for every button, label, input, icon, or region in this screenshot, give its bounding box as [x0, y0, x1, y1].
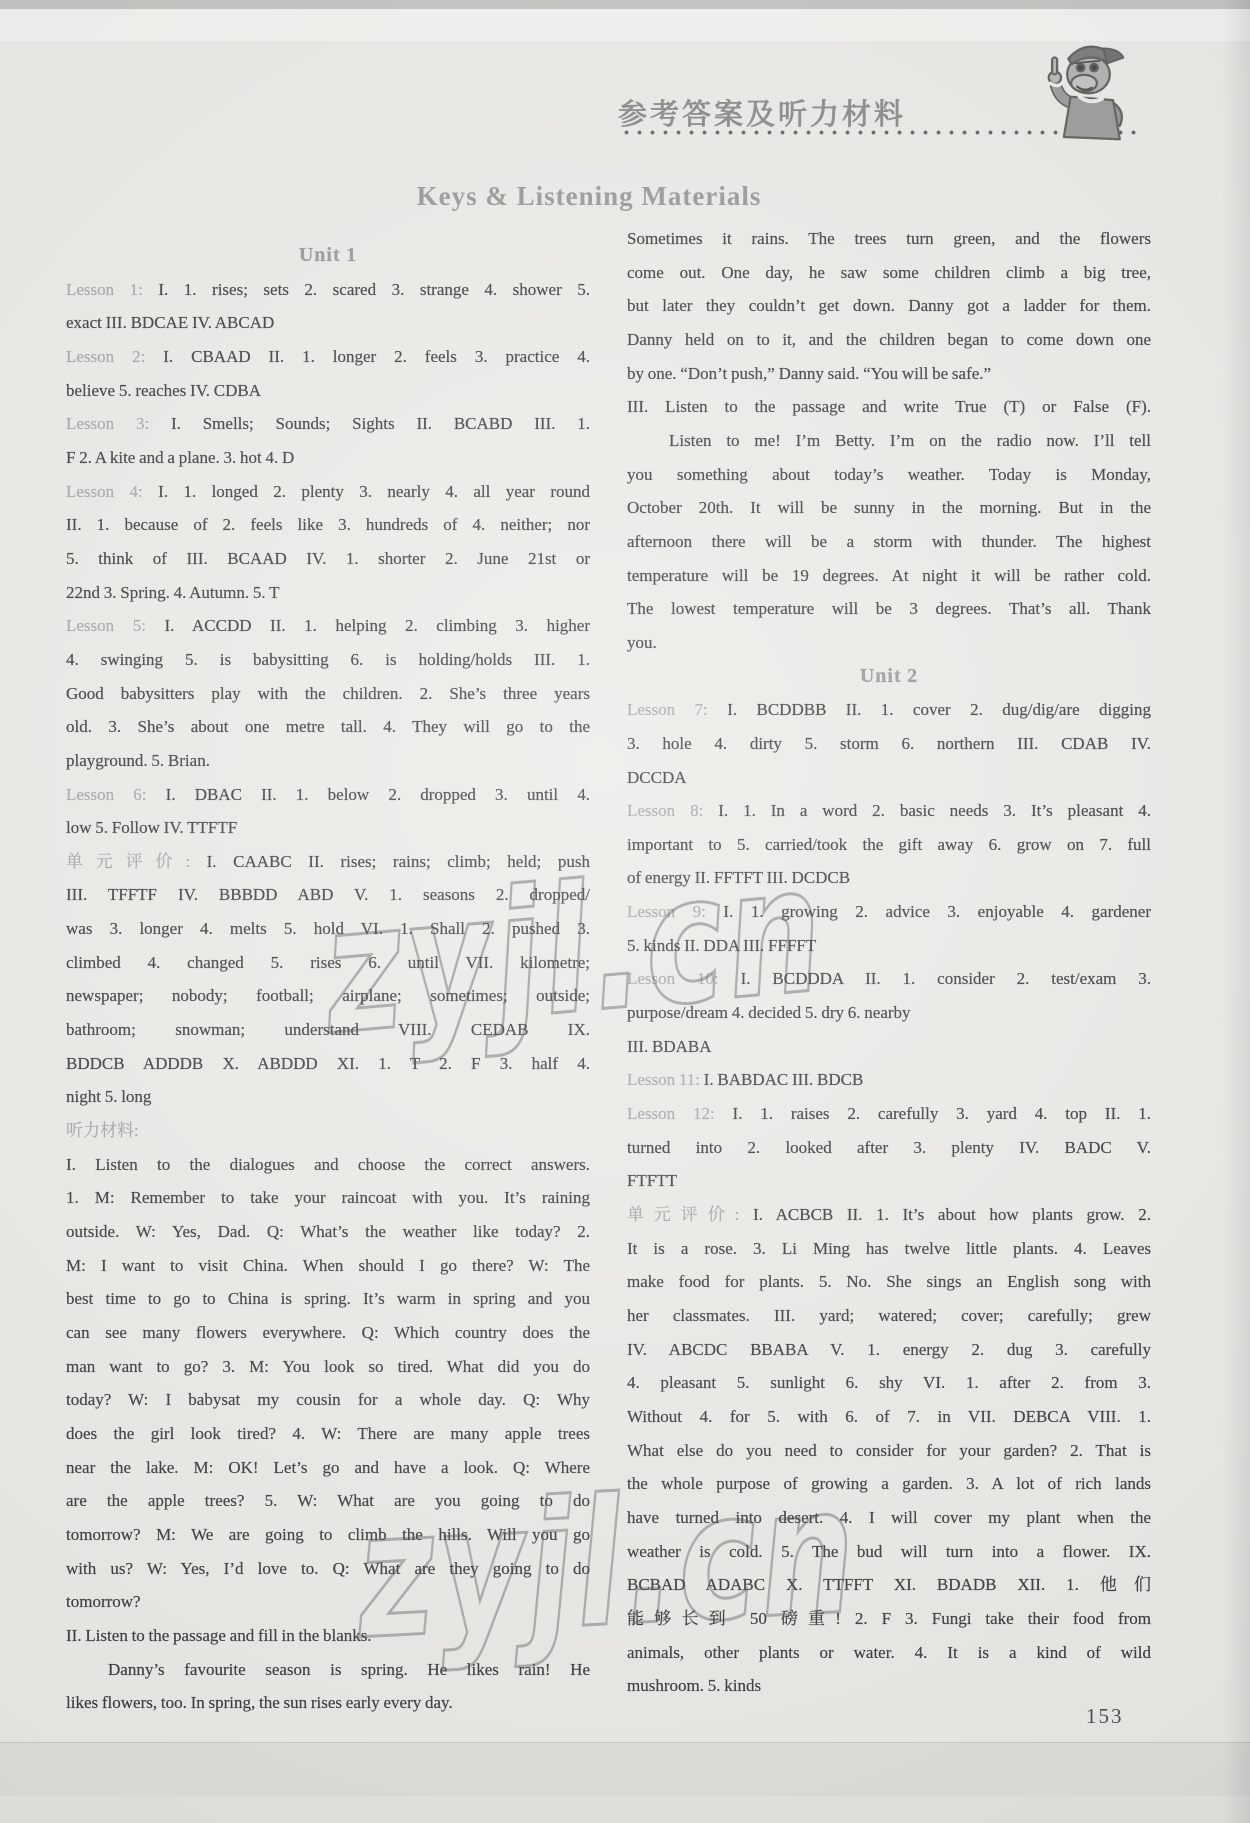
text-line: bathroom; snowman; understand VIII. CEDA… — [66, 1013, 590, 1047]
text-line: Without 4. for 5. with 6. of 7. in VII. … — [627, 1400, 1151, 1434]
text-line: exact III. BDCAE IV. ABCAD — [66, 306, 590, 340]
text-line: low 5. Follow IV. TTFTF — [66, 811, 590, 845]
text-line: turned into 2. looked after 3. plenty IV… — [627, 1131, 1151, 1165]
lesson-label: 单元评价: — [66, 852, 207, 871]
text-line: by one. “Don’t push,” Danny said. “You w… — [627, 357, 1151, 391]
lesson-label: Lesson 9: — [627, 902, 723, 921]
text-line: III. TFFTF IV. BBBDD ABD V. 1. seasons 2… — [66, 878, 590, 912]
text-line: 3. hole 4. dirty 5. storm 6. northern II… — [627, 727, 1151, 761]
text-line: Lesson 11: I. BABDAC III. BDCB — [627, 1063, 1151, 1097]
text-line: likes flowers, too. In spring, the sun r… — [66, 1686, 590, 1720]
text-line: The lowest temperature will be 3 degrees… — [627, 592, 1151, 626]
page-edge-shadow — [1222, 0, 1250, 1823]
scan-edge-top — [0, 0, 1250, 9]
text-line: I. Listen to the dialogues and choose th… — [66, 1148, 590, 1182]
text-line: F 2. A kite and a plane. 3. hot 4. D — [66, 441, 590, 475]
text-line: Sometimes it rains. The trees turn green… — [627, 222, 1151, 256]
text-line: come out. One day, he saw some children … — [627, 256, 1151, 290]
text-line: Lesson 4: I. 1. longed 2. plenty 3. near… — [66, 475, 590, 509]
text-line: What else do you need to consider for yo… — [627, 1434, 1151, 1468]
text-line: II. 1. because of 2. feels like 3. hundr… — [66, 508, 590, 542]
lesson-label: Lesson 7: — [627, 700, 727, 719]
page-title: Keys & Listening Materials — [0, 181, 1178, 212]
text-line: of energy II. FFTFT III. DCDCB — [627, 861, 1151, 895]
text-line: IV. ABCDC BBABA V. 1. energy 2. dug 3. c… — [627, 1333, 1151, 1367]
lesson-label: 单元评价: — [627, 1205, 753, 1224]
text-line: 5. think of III. BCAAD IV. 1. shorter 2.… — [66, 542, 590, 576]
lesson-label: Lesson 5: — [66, 616, 164, 635]
text-line: old. 3. She’s about one metre tall. 4. T… — [66, 710, 590, 744]
scan-band-bottom — [0, 1742, 1250, 1796]
lesson-label: Lesson 3: — [66, 414, 171, 433]
text-line: afternoon there will be a storm with thu… — [627, 525, 1151, 559]
text-line: playground. 5. Brian. — [66, 744, 590, 778]
text-line: was 3. longer 4. melts 5. hold VI. 1. Sh… — [66, 912, 590, 946]
text-line: does the girl look tired? 4. W: There ar… — [66, 1417, 590, 1451]
text-line: 5. kinds II. DDA III. FFFFT — [627, 929, 1151, 963]
text-line: but later they couldn’t get down. Danny … — [627, 289, 1151, 323]
text-line: 22nd 3. Spring. 4. Autumn. 5. T — [66, 576, 590, 610]
lesson-label: Lesson 12: — [627, 1104, 733, 1123]
text-line: you something about today’s weather. Tod… — [627, 458, 1151, 492]
text-line: II. Listen to the passage and fill in th… — [66, 1619, 590, 1653]
unit-heading: Unit 1 — [66, 239, 590, 273]
text-line: the whole purpose of growing a garden. 3… — [627, 1467, 1151, 1501]
text-line: Lesson 7: I. BCDDBB II. 1. cover 2. dug/… — [627, 693, 1151, 727]
text-line: October 20th. It will be sunny in the mo… — [627, 491, 1151, 525]
text-line: III. BDABA — [627, 1030, 1151, 1064]
text-line: BCBAD ADABC X. TTFFT XI. BDADB XII. 1. 他… — [627, 1568, 1151, 1602]
text-line: DCCDA — [627, 761, 1151, 795]
text-line: Danny’s favourite season is spring. He l… — [66, 1653, 590, 1687]
text-line: Lesson 2: I. CBAAD II. 1. longer 2. feel… — [66, 340, 590, 374]
text-line: It is a rose. 3. Li Ming has twelve litt… — [627, 1232, 1151, 1266]
text-line: purpose/dream 4. decided 5. dry 6. nearb… — [627, 996, 1151, 1030]
lesson-label: Lesson 1: — [66, 280, 158, 299]
text-line: can see many flowers everywhere. Q: Whic… — [66, 1316, 590, 1350]
text-line: temperature will be 19 degrees. At night… — [627, 559, 1151, 593]
text-line: mushroom. 5. kinds — [627, 1669, 1151, 1703]
unit-heading: Unit 2 — [627, 660, 1151, 694]
text-line: are the apple trees? 5. W: What are you … — [66, 1484, 590, 1518]
page-header-chinese: 参考答案及听力材料 — [618, 92, 906, 133]
text-line: Lesson 1: I. 1. rises; sets 2. scared 3.… — [66, 273, 590, 307]
text-line: believe 5. reaches IV. CDBA — [66, 374, 590, 408]
text-line: today? W: I babysat my cousin for a whol… — [66, 1383, 590, 1417]
text-line: 1. M: Remember to take your raincoat wit… — [66, 1181, 590, 1215]
right-text-column: Sometimes it rains. The trees turn green… — [627, 222, 1151, 1703]
text-line: man want to go? 3. M: You look so tired.… — [66, 1350, 590, 1384]
text-line: important to 5. carried/took the gift aw… — [627, 828, 1151, 862]
text-line: FTFTT — [627, 1164, 1151, 1198]
text-line: Lesson 10: I. BCDDDA II. 1. consider 2. … — [627, 962, 1151, 996]
text-line: newspaper; nobody; football; airplane; s… — [66, 979, 590, 1013]
text-line: III. Listen to the passage and write Tru… — [627, 390, 1151, 424]
text-line: weather is cold. 5. The bud will turn in… — [627, 1535, 1151, 1569]
left-text-column: Unit 1Lesson 1: I. 1. rises; sets 2. sca… — [66, 239, 590, 1720]
lesson-label: Lesson 2: — [66, 347, 163, 366]
scanned-answer-key-page: 参考答案及听力材料 Keys & Listening Materials Uni… — [0, 0, 1250, 1823]
text-line: M: I want to visit China. When should I … — [66, 1249, 590, 1283]
text-line: 4. swinging 5. is babysitting 6. is hold… — [66, 643, 590, 677]
text-line: Listen to me! I’m Betty. I’m on the radi… — [627, 424, 1151, 458]
lesson-label: Lesson 4: — [66, 482, 158, 501]
text-line: tomorrow? — [66, 1585, 590, 1619]
text-line: 单元评价: I. CAABC II. rises; rains; climb; … — [66, 845, 590, 879]
text-line: Lesson 6: I. DBAC II. 1. below 2. droppe… — [66, 778, 590, 812]
text-line: outside. W: Yes, Dad. Q: What’s the weat… — [66, 1215, 590, 1249]
text-line: Lesson 12: I. 1. raises 2. carefully 3. … — [627, 1097, 1151, 1131]
text-line: animals, other plants or water. 4. It is… — [627, 1636, 1151, 1670]
text-line: 单元评价: I. ACBCB II. 1. It’s about how pla… — [627, 1198, 1151, 1232]
lesson-label: Lesson 8: — [627, 801, 718, 820]
text-line: near the lake. M: OK! Let’s go and have … — [66, 1451, 590, 1485]
lesson-label: Lesson 10: — [627, 969, 741, 988]
text-line: with us? W: Yes, I’d love to. Q: What ar… — [66, 1552, 590, 1586]
text-line: best time to go to China is spring. It’s… — [66, 1282, 590, 1316]
mascot-cartoon-icon — [1028, 34, 1140, 146]
text-line: her classmates. III. yard; watered; cove… — [627, 1299, 1151, 1333]
scan-edge-bottom — [0, 1796, 1250, 1823]
page-number: 153 — [1086, 1704, 1124, 1729]
text-line: 能够长到 50 磅重! 2. F 3. Fungi take their foo… — [627, 1602, 1151, 1636]
text-line: make food for plants. 5. No. She sings a… — [627, 1265, 1151, 1299]
text-line: Lesson 8: I. 1. In a word 2. basic needs… — [627, 794, 1151, 828]
text-line: Danny held on to it, and the children be… — [627, 323, 1151, 357]
text-line: climbed 4. changed 5. rises 6. until VII… — [66, 946, 590, 980]
text-line: BDDCB ADDDB X. ABDDD XI. 1. T 2. F 3. ha… — [66, 1047, 590, 1081]
text-line: 4. pleasant 5. sunlight 6. shy VI. 1. af… — [627, 1366, 1151, 1400]
text-line: 听力材料: — [66, 1114, 590, 1148]
text-line: Lesson 5: I. ACCDD II. 1. helping 2. cli… — [66, 609, 590, 643]
lesson-label: Lesson 11: — [627, 1070, 704, 1089]
text-line: Lesson 9: I. 1. growing 2. advice 3. enj… — [627, 895, 1151, 929]
text-line: you. — [627, 626, 1151, 660]
text-line: tomorrow? M: We are going to climb the h… — [66, 1518, 590, 1552]
text-line: have turned into desert. 4. I will cover… — [627, 1501, 1151, 1535]
text-line: night 5. long — [66, 1080, 590, 1114]
lesson-label: Lesson 6: — [66, 785, 166, 804]
text-line: Good babysitters play with the children.… — [66, 677, 590, 711]
text-line: Lesson 3: I. Smells; Sounds; Sights II. … — [66, 407, 590, 441]
